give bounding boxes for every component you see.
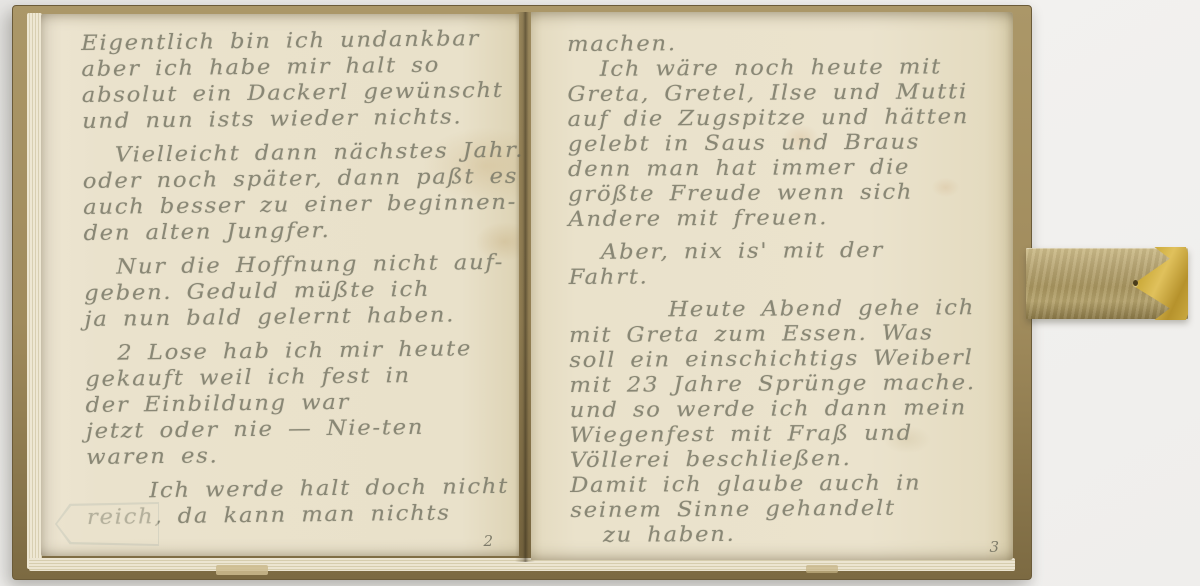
handwriting-line: und nun ists wieder nichts. xyxy=(82,103,524,134)
cover-wear-mark xyxy=(216,565,268,575)
handwriting-line: Andere mit freuen. xyxy=(568,204,974,232)
handwriting-line: Aber, nix is' mit der xyxy=(568,237,974,265)
handwriting-line: auf die Zugspitze und hätten xyxy=(568,104,974,132)
handwriting-line: Greta, Gretel, Ilse und Mutti xyxy=(567,79,973,107)
handwriting-line: den alten Jungfer. xyxy=(83,215,525,246)
diary-page-left: Eigentlich bin ich undankbaraber ich hab… xyxy=(41,14,519,556)
handwriting-line: gelebt in Saus und Braus xyxy=(568,129,974,157)
page-fore-edge-left xyxy=(27,13,42,569)
page-number-left: 2 xyxy=(483,532,493,550)
clasp-brass-tip xyxy=(1118,247,1188,320)
clasp-rivet xyxy=(1133,280,1138,286)
handwriting-line: Wiegenfest mit Fraß und xyxy=(570,420,976,448)
handwriting-line: ja nun bald gelernt haben. xyxy=(84,301,526,332)
clasp-strap xyxy=(1026,248,1188,319)
handwriting-line: soll ein einschichtigs Weiberl xyxy=(569,345,975,373)
photo-background: Eigentlich bin ich undankbaraber ich hab… xyxy=(0,0,1200,586)
handwriting-line: denn man hat immer die xyxy=(568,154,974,182)
open-diary: Eigentlich bin ich undankbaraber ich hab… xyxy=(12,5,1032,580)
handwriting-line: Damit ich glaube auch in xyxy=(570,470,976,498)
handwriting-line: mit Greta zum Essen. Was xyxy=(569,320,975,348)
handwriting-block-right: machen.Ich wäre noch heute mitGreta, Gre… xyxy=(567,29,947,548)
handwriting-block-left: Eigentlich bin ich undankbaraber ich hab… xyxy=(81,25,496,530)
handwriting-line: größte Freude wenn sich xyxy=(568,179,974,207)
handwriting-line: waren es. xyxy=(86,439,528,470)
handwriting-line: mit 23 Jahre Sprünge mache. xyxy=(569,370,975,398)
diary-page-right: machen.Ich wäre noch heute mitGreta, Gre… xyxy=(531,12,1013,560)
handwriting-line: zu haben. xyxy=(570,520,976,548)
page-number-right: 3 xyxy=(989,538,999,556)
handwriting-line: Ich wäre noch heute mit xyxy=(567,54,973,82)
embossed-stamp-center xyxy=(57,504,158,544)
handwriting-line: machen. xyxy=(567,29,973,57)
handwriting-line: Fahrt. xyxy=(569,262,975,290)
embossed-stamp xyxy=(55,502,159,546)
handwriting-line: Heute Abend gehe ich xyxy=(569,295,975,323)
handwriting-line: und so werde ich dann mein xyxy=(570,395,976,423)
handwriting-line: Völlerei beschließen. xyxy=(570,445,976,473)
cover-wear-mark xyxy=(806,565,838,573)
handwriting-line: seinem Sinne gehandelt xyxy=(570,495,976,523)
